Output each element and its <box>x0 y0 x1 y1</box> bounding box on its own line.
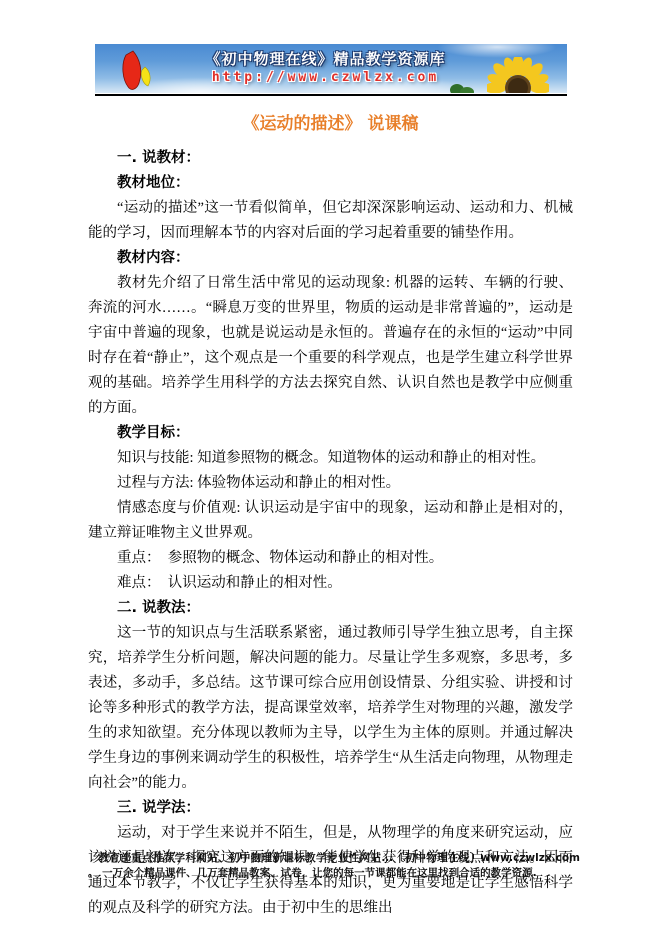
body-paragraph: “运动的描述”这一节看似简单，但它却深深影响运动、运动和力、机械能的学习，因而理… <box>88 196 573 246</box>
sunflower-icon <box>487 57 549 93</box>
section-heading: 一. 说教材： <box>88 146 573 171</box>
body-paragraph: 知识与技能: 知道参照物的概念。知道物体的运动和静止的相对性。 <box>88 446 573 471</box>
body-paragraph: 教材先介绍了日常生活中常见的运动现象: 机器的运转、车辆的行驶、奔流的河水……。… <box>88 271 573 421</box>
body-paragraph: 难点： 认识运动和静止的相对性。 <box>88 571 573 596</box>
section-heading: 二. 说教法： <box>88 596 573 621</box>
page-title: 《运动的描述》 说课稿 <box>0 109 661 134</box>
section-heading: 教材内容： <box>88 246 573 271</box>
divider-rule <box>95 94 567 96</box>
banner-image: 《初中物理在线》精品教学资源库 http://www.czwlzx.com <box>95 44 567 93</box>
body-paragraph: 这一节的知识点与生活联系紧密，通过教师引导学生独立思考，自主探究，培养学生分析问… <box>88 621 573 796</box>
footer-text: 教育部重点推荐学科网站、初中物理新课标教学专业性网站...〔初中物理在线〕www… <box>88 851 580 880</box>
leaf-icon <box>449 81 475 93</box>
site-banner: 《初中物理在线》精品教学资源库 http://www.czwlzx.com <box>95 44 567 96</box>
section-heading: 三. 说学法： <box>88 796 573 821</box>
body-paragraph: 过程与方法: 体验物体运动和静止的相对性。 <box>88 471 573 496</box>
section-heading: 教学目标： <box>88 421 573 446</box>
body-paragraph: 情感态度与价值观: 认识运动是宇宙中的现象，运动和静止是相对的，建立辩证唯物主义… <box>88 496 573 546</box>
body-paragraph: 重点： 参照物的概念、物体运动和静止的相对性。 <box>88 546 573 571</box>
document-body: 一. 说教材：教材地位：“运动的描述”这一节看似简单，但它却深深影响运动、运动和… <box>88 146 573 921</box>
section-heading: 教材地位： <box>88 171 573 196</box>
banner-site-url[interactable]: http://www.czwlzx.com <box>155 70 497 85</box>
banner-site-title: 《初中物理在线》精品教学资源库 <box>155 48 497 69</box>
